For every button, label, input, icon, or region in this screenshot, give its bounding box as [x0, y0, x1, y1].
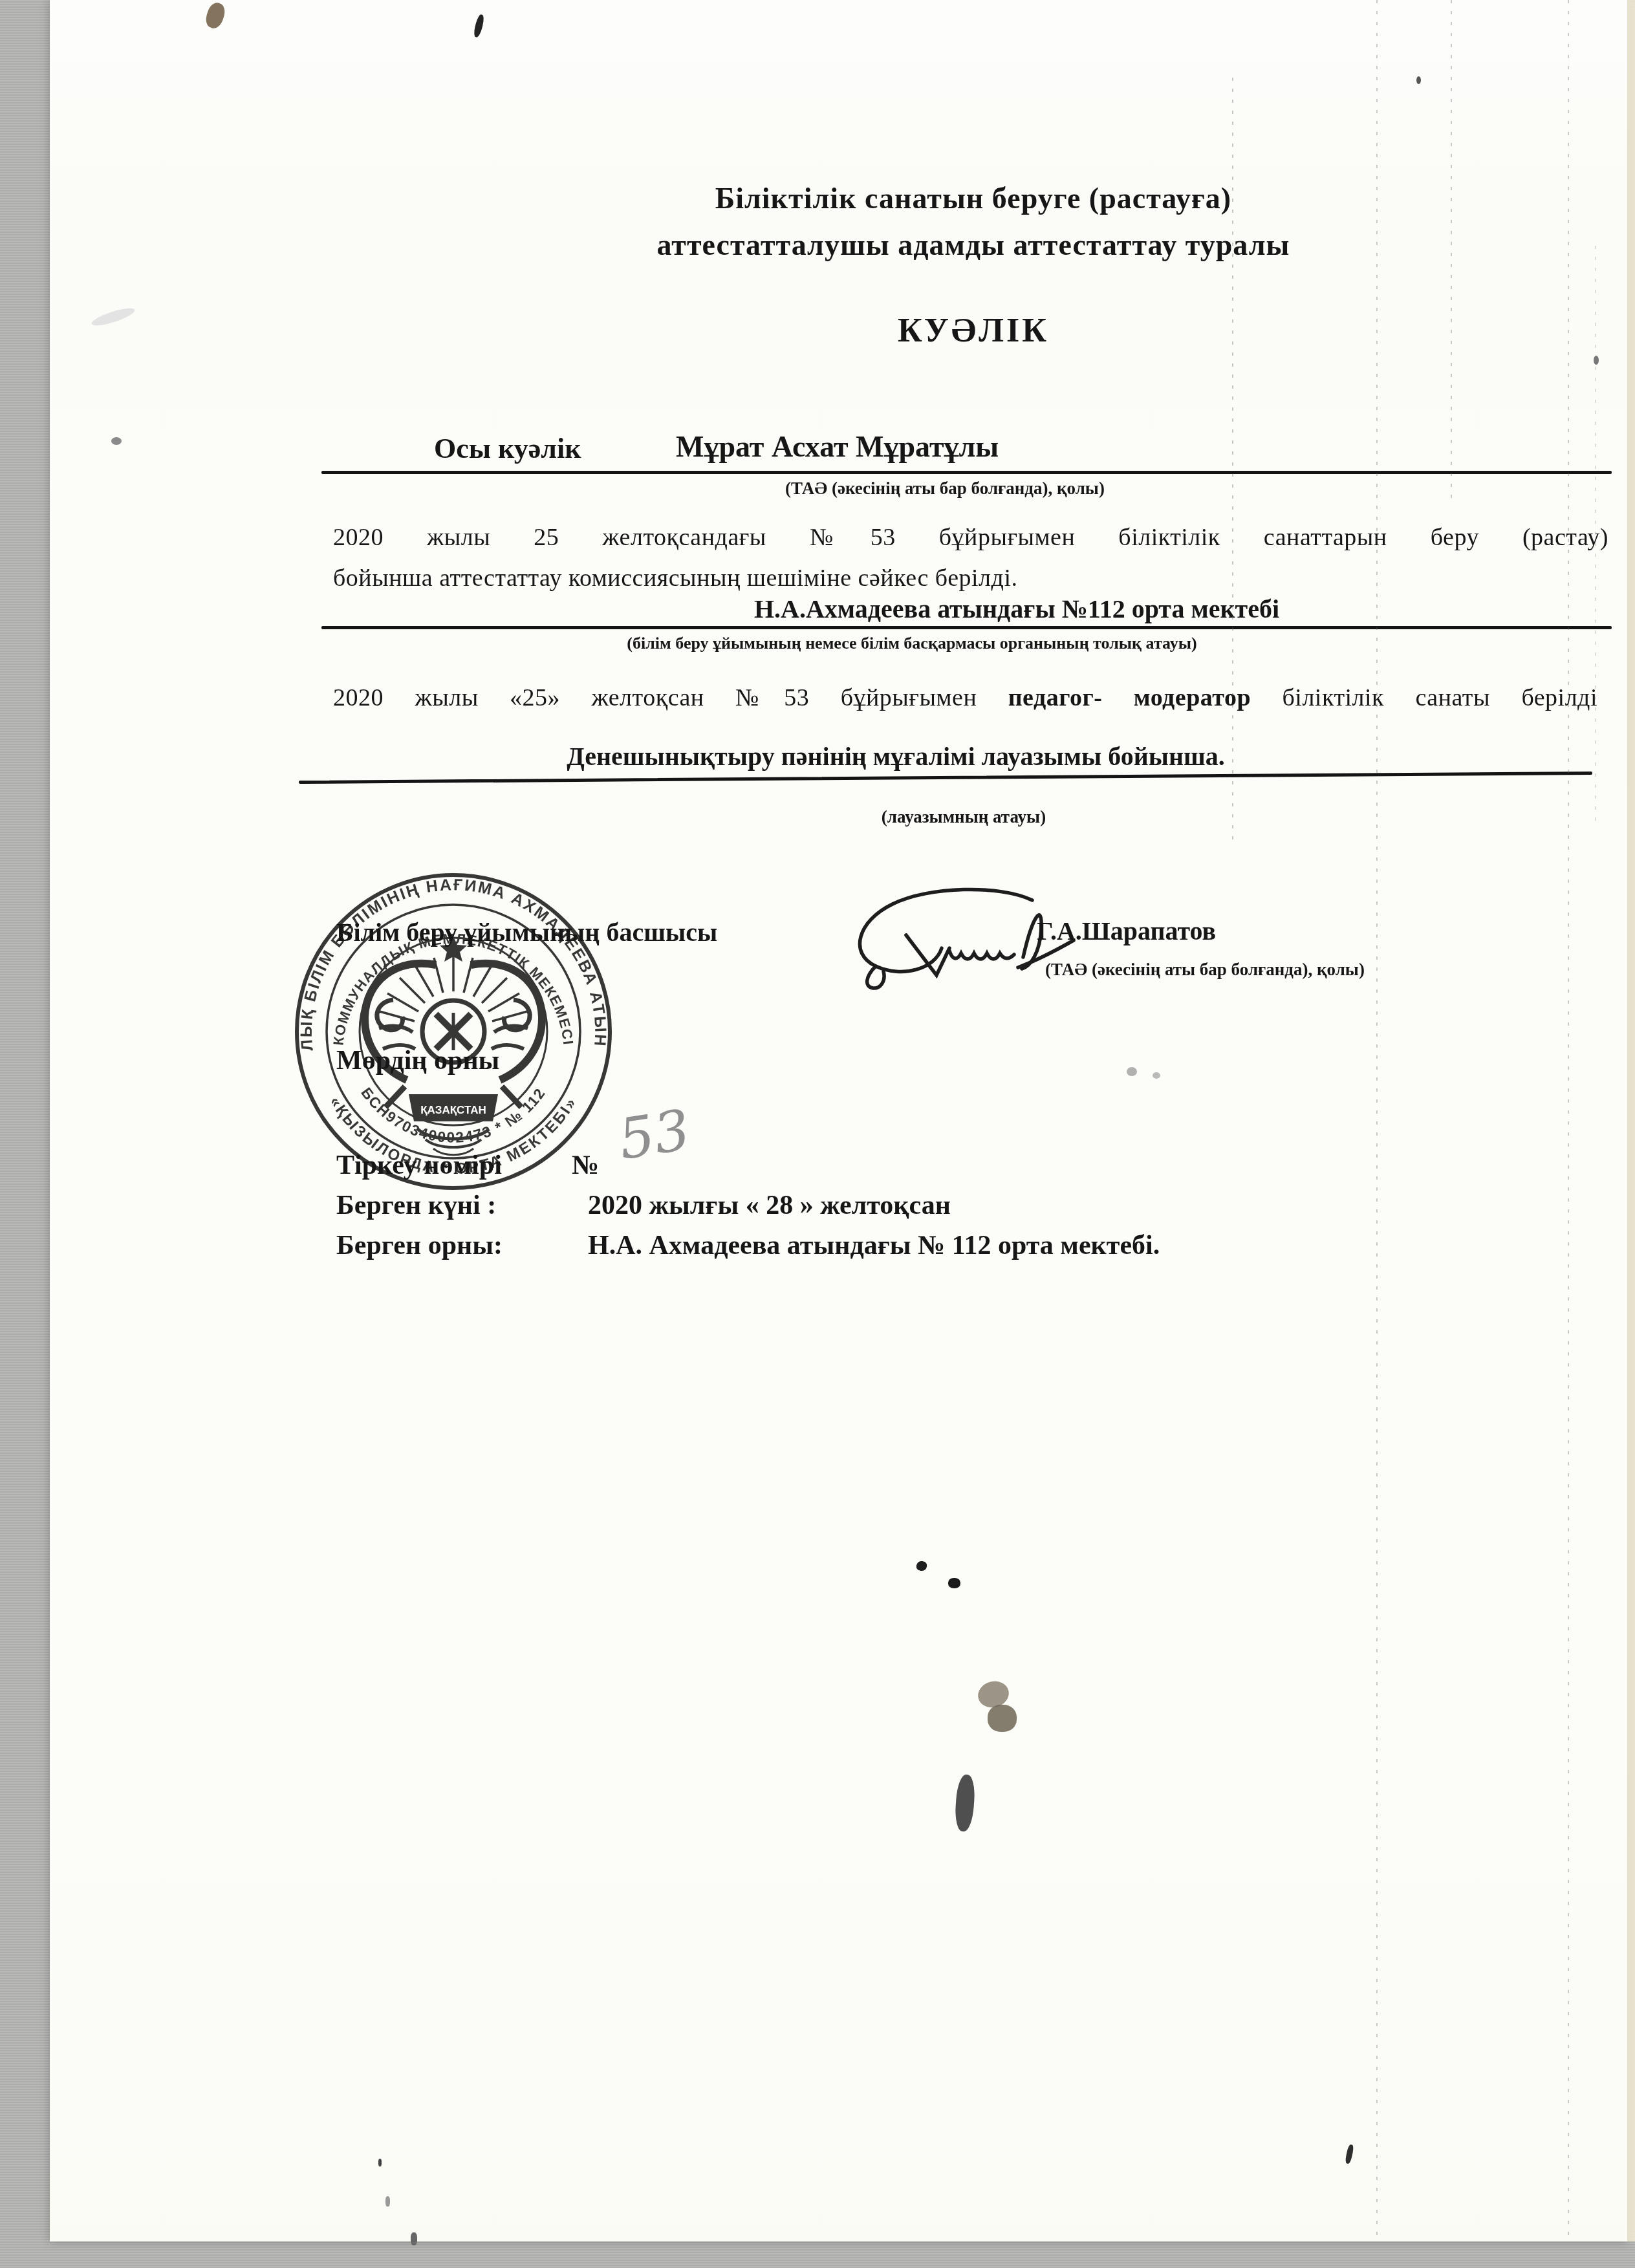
organization-underline — [321, 626, 1612, 629]
head-name: Г.А.Шарапатов — [1037, 916, 1216, 946]
fold-line — [1568, 0, 1569, 2241]
official-round-stamp: ҚАЛАЛЫҚ БІЛІМ БӨЛІМІНІҢ НАҒИМА АХМАДЕЕВА… — [288, 867, 618, 1196]
head-of-organization-label: Білім беру ұйымының басшысы — [336, 917, 717, 947]
fold-line — [1376, 0, 1378, 2241]
scan-artifact — [948, 1578, 960, 1588]
scan-artifact — [111, 437, 122, 445]
registration-number-label: Тіркеу нөмірі — [336, 1150, 502, 1181]
award-text-before: 2020 жылы «25» желтоқсан №53 бұйрығымен — [333, 684, 977, 711]
scan-artifact — [411, 2232, 417, 2245]
decision-paragraph-line1: 2020 жылы 25 желтоқсандағы №53 бұйрығыме… — [333, 517, 1608, 558]
scan-artifact — [1416, 76, 1421, 84]
certificate-title-line2: аттестатталушы адамды аттестаттау туралы — [340, 228, 1607, 262]
registration-number-sign: № — [572, 1150, 599, 1181]
holder-caption: (ТАӘ (әкесінің аты бар болғанда), қолы) — [622, 479, 1268, 499]
position-underline — [299, 772, 1592, 784]
fold-line — [1595, 246, 1596, 828]
scan-edge-strip — [1627, 0, 1635, 2241]
stamp-place-label: Мөрдің орны — [336, 1045, 499, 1076]
scan-artifact — [1127, 1067, 1137, 1076]
document-type-heading: КУӘЛІК — [340, 312, 1607, 350]
fold-line — [1232, 78, 1233, 841]
issue-date-value: 2020 жылғы « 28 » желтоқсан — [588, 1190, 951, 1221]
head-caption: (ТАӘ (әкесінің аты бар болғанда), қолы) — [979, 960, 1431, 980]
scan-artifact — [385, 2196, 390, 2207]
stamp-banner-text: ҚАЗАҚСТАН — [420, 1104, 486, 1116]
issue-place-value: Н.А. Ахмадеева атындағы № 112 орта мекте… — [588, 1230, 1160, 1261]
registration-number-handwritten: 53 — [615, 1102, 694, 1168]
holder-name: Мұрат Асхат Мұратұлы — [676, 429, 999, 464]
issue-date-label: Берген күні : — [336, 1190, 496, 1221]
issue-place-label: Берген орны: — [336, 1230, 503, 1261]
scan-smudge — [988, 1705, 1017, 1732]
award-line: 2020 жылы «25» желтоқсан №53 бұйрығымен … — [333, 678, 1597, 718]
decision-paragraph-line2: бойынша аттестаттау комиссиясының шешімі… — [333, 558, 1608, 599]
position-line: Денешынықтыру пәнінің мұғалімі лауазымы … — [262, 741, 1530, 772]
organization-caption: (білім беру ұйымының немесе білім басқар… — [589, 634, 1235, 653]
award-text-after: біліктілік санаты берілді — [1283, 684, 1598, 711]
organization-name: Н.А.Ахмадеева атындағы №112 орта мектебі — [383, 594, 1635, 624]
position-caption: (лауазымның атауы) — [640, 807, 1287, 827]
fold-line — [1451, 0, 1452, 504]
certificate-page: Біліктілік санатын беруге (растауға) атт… — [50, 0, 1627, 2241]
scan-artifact — [378, 2159, 382, 2166]
scan-artifact — [1594, 356, 1599, 365]
holder-underline — [321, 471, 1612, 474]
certificate-title-line1: Біліктілік санатын беруге (растауға) — [340, 181, 1607, 215]
scanned-certificate: Біліктілік санатын беруге (растауға) атт… — [0, 0, 1635, 2268]
holder-prefix: Осы куәлік — [434, 432, 581, 465]
scan-artifact — [1153, 1072, 1160, 1079]
award-category: педагог- модератор — [1008, 684, 1251, 711]
